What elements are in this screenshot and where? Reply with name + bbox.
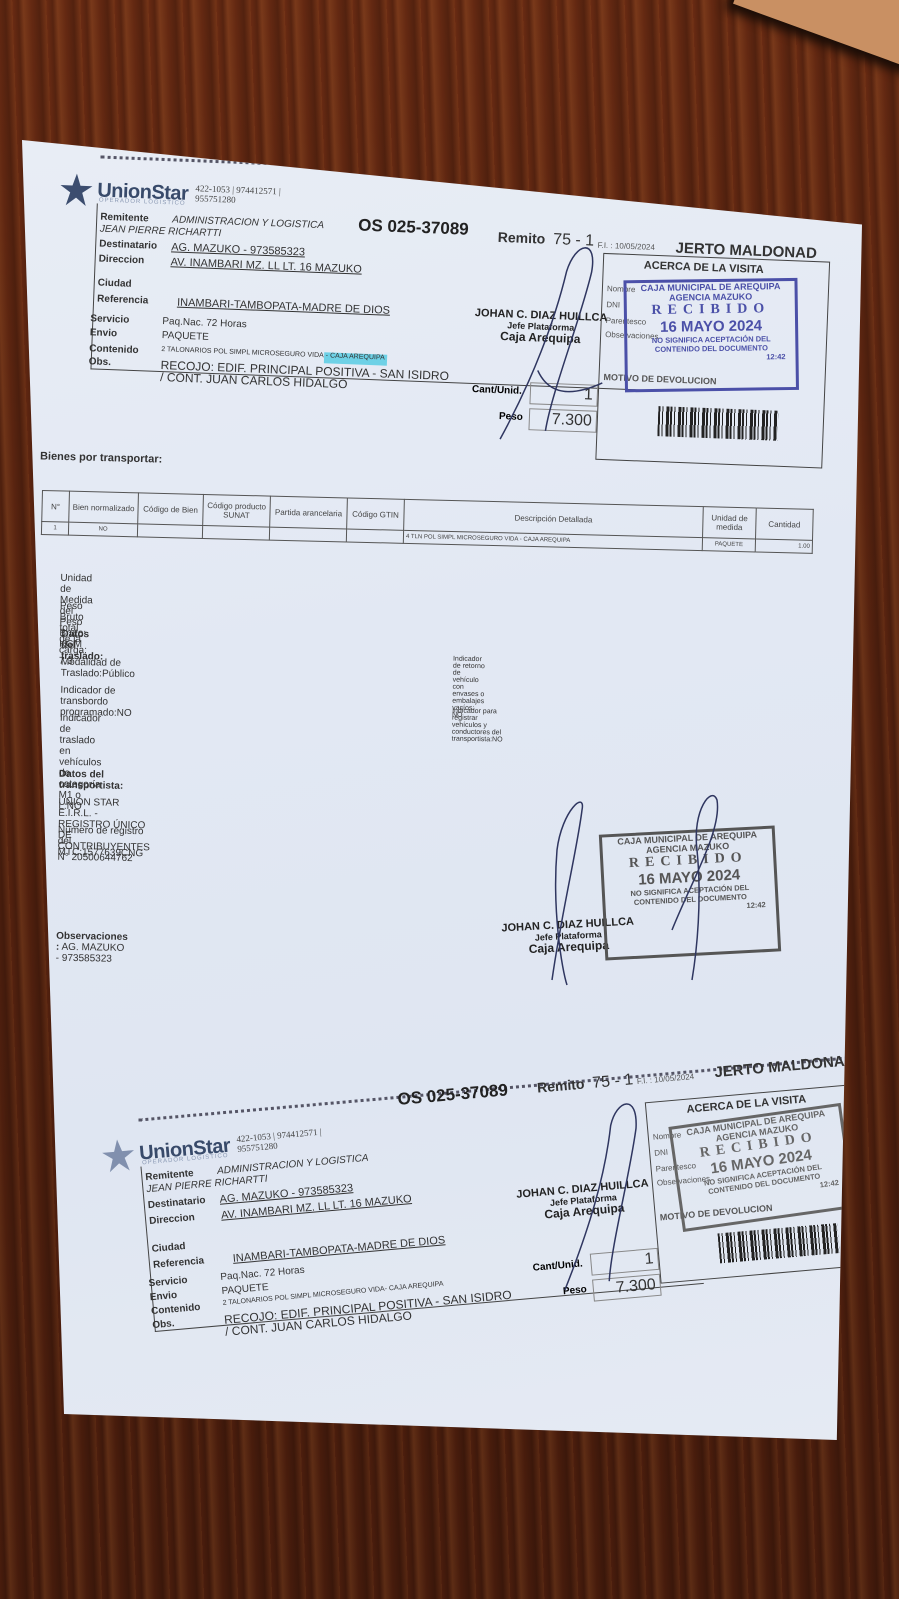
company-phones: 422-1053 | 974412571 | 955751280 <box>195 183 281 206</box>
remito: Remito75 - 1 <box>536 1071 634 1097</box>
top-shipping-slip: UnionStar OPERADOR LOGISTICO 422-1053 | … <box>60 172 819 201</box>
shipping-document: UnionStar OPERADOR LOGISTICO 422-1053 | … <box>22 140 862 1440</box>
peso-value: 7.300 <box>528 408 597 433</box>
cant-label: Cant/Unid. <box>472 384 522 397</box>
middle-received-stamp: CAJA MUNICIPAL DE AREQUIPA AGENCIA MAZUK… <box>599 825 781 960</box>
star-logo-icon <box>100 1137 137 1174</box>
order-number: OS 025-37089 <box>397 1080 509 1110</box>
barcode <box>718 1223 840 1263</box>
bottom-shipping-slip: UnionStar OPERADOR LOGISTICO 422-1053 | … <box>100 1074 857 1140</box>
signature-stamp: JOHAN C. DIAZ HUILLCA Jefe Plataforma Ca… <box>474 308 608 346</box>
received-stamp: CAJA MUNICIPAL DE AREQUIPA AGENCIA MAZUK… <box>623 278 799 392</box>
peso-label: Peso <box>499 411 523 423</box>
star-logo-icon <box>59 172 94 207</box>
goods-table: N° Bien normalizado Código de Bien Códig… <box>41 490 814 554</box>
cant-value: 1 <box>529 382 598 407</box>
goods-title: Bienes por transportar: <box>40 450 163 465</box>
background-object <box>733 0 899 72</box>
perforation-line <box>101 156 821 187</box>
barcode <box>657 406 778 441</box>
company-phones: 422-1053 | 974412571 | 955751280 <box>236 1127 323 1154</box>
